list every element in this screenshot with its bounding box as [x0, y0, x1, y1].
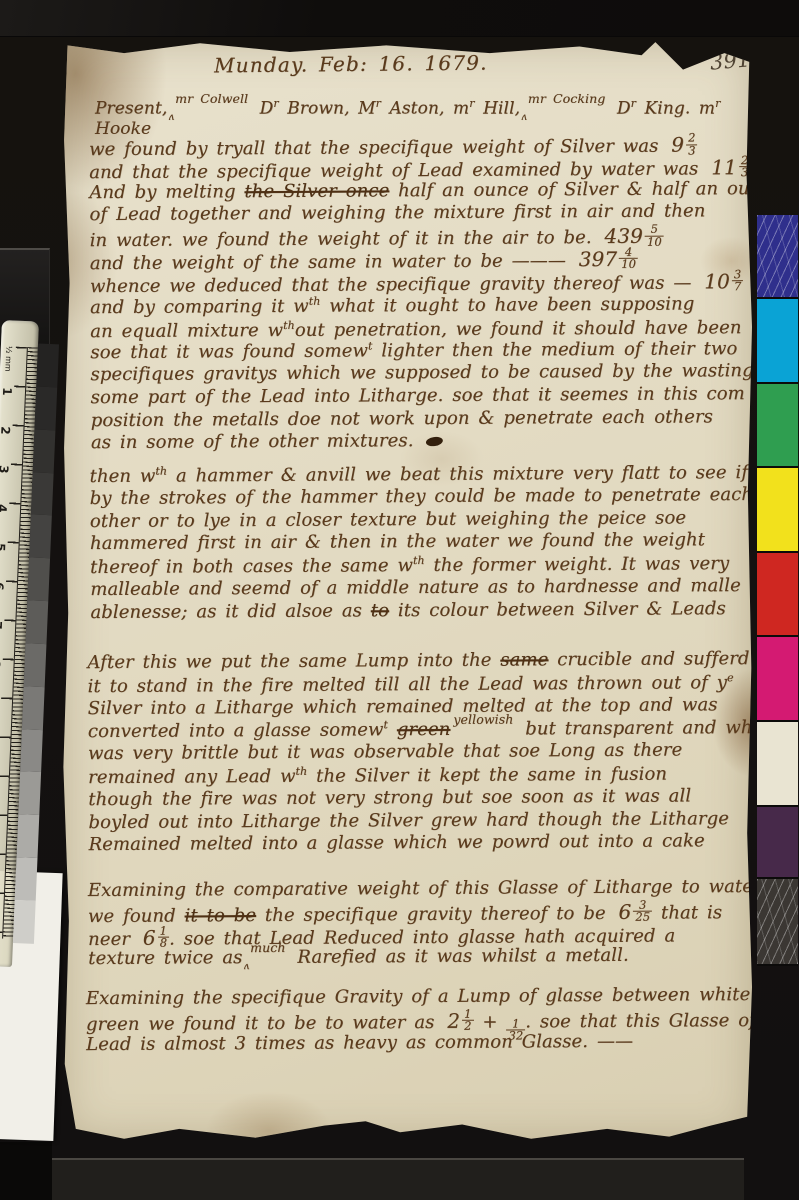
ruler-label: 4	[0, 504, 9, 519]
handwritten-line: texture twice asʌmuch Rarefied as it was…	[88, 944, 762, 971]
ruler-label: 6	[0, 582, 6, 597]
text-segment: Examining the comparative weight of this…	[88, 876, 762, 901]
fraction: 212	[443, 1009, 473, 1033]
text-segment: same	[500, 649, 548, 670]
handwritten-line: neer 618. soe that Lead Reduced into gla…	[88, 922, 762, 949]
text-segment: After this we put the same Lump into the	[87, 650, 500, 674]
wedge-step	[27, 558, 50, 602]
handwritten-line: Lead is almost 3 times as heavy as commo…	[86, 1029, 776, 1056]
color-patch-green	[757, 384, 798, 468]
text-segment: the Silver it kept the same in fusion	[307, 764, 667, 787]
fraction: 1037	[700, 269, 743, 293]
text-segment: it to stand in the fire melted till all …	[88, 672, 728, 697]
text-segment: it to be	[185, 905, 257, 926]
text-segment: specifiques gravitys which we supposed t…	[90, 360, 780, 385]
text-segment: though the fire was not very strong but …	[88, 785, 691, 810]
text-segment: the Silver once	[244, 180, 389, 202]
text-segment: converted into a glasse somew	[88, 720, 384, 743]
wedge-step	[15, 857, 38, 901]
fraction: 1123	[707, 155, 750, 179]
page-number: 391	[709, 47, 751, 74]
color-patch-magenta	[757, 637, 798, 722]
color-calibration-strip	[757, 215, 798, 966]
ruler-label: ½ mm	[4, 346, 14, 360]
wedge-step	[36, 344, 59, 388]
wedge-step	[13, 900, 36, 944]
text-segment: as in some of the other mixtures.	[91, 430, 423, 453]
text-segment: but transparent and which	[516, 717, 780, 740]
text-segment: Brown, M	[279, 99, 376, 119]
wedge-step	[34, 386, 57, 430]
fraction: 923	[667, 132, 697, 156]
text-segment: th	[283, 319, 295, 332]
paragraph: we found by tryall that the specifique w…	[89, 132, 794, 455]
handwritten-line: green we found it to be to water as 212 …	[86, 1007, 776, 1034]
text-segment: to	[371, 600, 389, 621]
text-segment: e	[727, 671, 734, 684]
text-segment: other or to lye in a closer texture but …	[90, 507, 686, 532]
text-segment: much	[250, 940, 285, 955]
color-patch-blue	[757, 215, 798, 299]
text-segment: Present,	[95, 99, 167, 119]
text-segment: Remained melted into a glasse which we p…	[88, 831, 704, 856]
text-segment: And by melting	[89, 181, 244, 203]
text-segment: King. m	[636, 99, 715, 119]
wedge-step	[20, 729, 43, 773]
paragraph: After this we put the same Lump into the…	[87, 648, 781, 857]
text-segment: some part of the Lead into Litharge. soe…	[91, 383, 745, 408]
text-segment: of Lead together and weighing the mixtur…	[89, 201, 705, 226]
text-segment: the former weight. It was very	[425, 553, 730, 576]
fraction: 618	[139, 925, 169, 949]
text-segment: ʌ	[521, 112, 527, 123]
text-segment: ʌ	[243, 961, 249, 972]
text-segment: an equall mixture w	[90, 320, 283, 342]
text-segment: soe that it was found somew	[90, 341, 368, 364]
paragraph: then wth a hammer & anvill we beat this …	[90, 461, 754, 625]
ruler-label: 1	[0, 387, 14, 402]
text-segment: Hill,	[475, 99, 521, 119]
text-segment: by the strokes of the hammer they could …	[90, 484, 753, 509]
color-patch-yellow	[757, 468, 798, 553]
ruler: ½ mm12345678910 mm1112131415	[0, 320, 62, 968]
color-patch-silver-black	[757, 879, 798, 966]
paragraph: Examining the comparative weight of this…	[88, 876, 762, 971]
text-segment: Examining the specifique Gravity of a Lu…	[86, 984, 776, 1009]
scanner-top-edge	[0, 0, 799, 37]
text-segment: position the metalls doe not work upon &…	[91, 406, 713, 431]
ink-blot-icon	[426, 436, 444, 447]
wedge-step	[29, 515, 52, 559]
text-segment: malleable and seemd of a middle nature a…	[90, 575, 741, 600]
color-patch-purple	[757, 807, 798, 879]
fraction: 397410	[575, 247, 638, 271]
color-patch-red	[757, 553, 798, 637]
scanner-corner-shadow	[0, 1142, 52, 1200]
text-segment: remained any Lead w	[88, 766, 296, 788]
text-segment: yellowish	[453, 712, 513, 727]
text-segment: green	[397, 719, 451, 740]
text-segment: neer	[88, 928, 139, 949]
scan-background: Munday. Feb: 16. 1679. 391 Present,ʌmr C…	[0, 0, 799, 1200]
text-segment: hammered first in air & then in the wate…	[90, 530, 705, 555]
text-segment: its colour between Silver & Leads	[389, 598, 726, 621]
color-patch-white	[757, 722, 798, 807]
paragraph: Examining the specifique Gravity of a Lu…	[86, 984, 776, 1057]
text-segment: th	[413, 554, 425, 567]
text-segment: we found	[88, 905, 185, 927]
meeting-date-title: Munday. Feb: 16. 1679.	[214, 51, 488, 78]
text-segment: crucible and sufferd	[548, 648, 749, 670]
wedge-step	[31, 472, 54, 516]
text-segment: what it ought to have been supposing	[320, 293, 694, 316]
wedge-step	[33, 429, 56, 473]
fraction: 6325	[614, 899, 652, 923]
wedge-step	[18, 772, 41, 816]
text-segment: then w	[90, 466, 156, 487]
text-segment: boyled out into Litharge the Silver grew…	[88, 808, 729, 833]
text-segment: th	[155, 465, 167, 478]
text-segment: ablenesse; as it did alsoe as	[90, 600, 370, 623]
ruler-label: 2	[0, 426, 13, 441]
manuscript-page: Munday. Feb: 16. 1679. 391 Present,ʌmr C…	[62, 41, 752, 1141]
wedge-step	[25, 600, 48, 644]
text-segment: lighter then the medium of their two	[372, 338, 737, 361]
text-segment: ʌ	[168, 112, 174, 123]
text-segment: D	[251, 99, 273, 119]
text-segment: and by comparing it w	[90, 295, 309, 317]
text-segment: . soe that this Glasse of	[525, 1010, 756, 1032]
text-segment: Lead is almost 3 times as heavy as commo…	[86, 1030, 633, 1054]
wedge-step	[22, 686, 45, 730]
text-segment: +	[473, 1011, 506, 1032]
ruler-label: 7	[0, 621, 4, 636]
text-segment: Silver into a Litharge which remained me…	[88, 694, 718, 719]
text-segment: th	[309, 294, 321, 307]
wedge-step	[17, 814, 40, 858]
text-segment: mr Colwell	[175, 91, 248, 106]
text-segment: half an ounce of Silver & half an ounce	[389, 178, 782, 201]
text-segment: .	[750, 158, 756, 179]
text-segment: thereof in both cases the same w	[90, 555, 413, 578]
handwritten-line: ablenesse; as it did alsoe as to its col…	[90, 598, 753, 625]
text-segment: r	[715, 97, 720, 110]
text-segment: th	[295, 765, 307, 778]
text-segment: D	[608, 99, 630, 119]
scanner-bottom-plate	[14, 1158, 744, 1200]
text-segment: mr Cocking	[528, 91, 606, 106]
handwritten-line: as in some of the other mixtures.	[91, 428, 794, 455]
color-patch-cyan	[757, 299, 798, 384]
handwritten-line: Remained melted into a glasse which we p…	[88, 830, 781, 857]
ruler-label: 5	[0, 543, 8, 558]
text-segment: texture twice as	[88, 948, 242, 970]
text-segment: was very brittle but it was observable t…	[88, 740, 682, 765]
text-segment: a hammer & anvill we beat this mixture v…	[167, 462, 748, 487]
ruler-label: 3	[0, 465, 11, 480]
wedge-step	[24, 643, 47, 687]
text-segment: that is	[652, 902, 722, 923]
text-segment: Aston, m	[381, 99, 469, 119]
text-segment: Rarefied as it was whilst a metall.	[289, 945, 629, 968]
text-segment	[388, 720, 397, 741]
